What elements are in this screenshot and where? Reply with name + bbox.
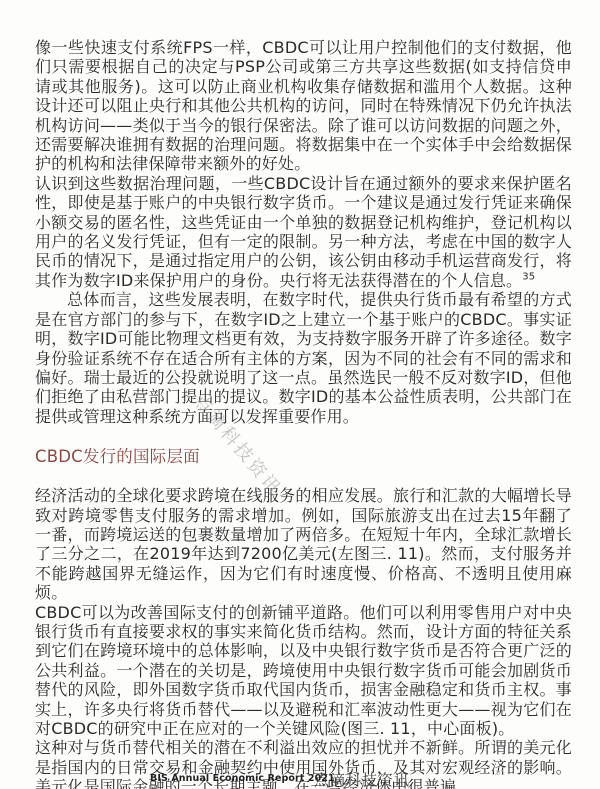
footer-report-title: BIS Annual Economic Report 2021 <box>150 773 335 784</box>
document-page: 像一些快速支付系统FPS一样，CBDC可以让用户控制他们的支付数据，他们只需要根… <box>0 0 600 789</box>
paragraph: 认识到这些数据治理问题，一些CBDC设计旨在通过额外的要求来保护匿名性，即使是基… <box>35 174 572 290</box>
paragraph: CBDC可以为改善国际支付的创新铺平道路。他们可以利用零售用户对中央银行货币有直… <box>35 603 572 739</box>
page-number: 85 <box>496 769 505 777</box>
footer: BIS Annual Economic Report 2021 点滴科技资讯 8… <box>0 766 600 789</box>
footer-site-name: 点滴科技资讯 <box>314 769 410 789</box>
paragraph: 经济活动的全球化要求跨境在线服务的相应发展。旅行和汇款的大幅增长导致对跨境零售支… <box>35 486 572 602</box>
paragraph: 总体而言，这些发展表明，在数字时代，提供央行货币最有希望的方式是在官方部门的参与… <box>35 290 572 426</box>
section-heading: CBDC发行的国际层面 <box>35 447 572 467</box>
body-text: 像一些快速支付系统FPS一样，CBDC可以让用户控制他们的支付数据，他们只需要根… <box>35 38 572 789</box>
paragraph: 像一些快速支付系统FPS一样，CBDC可以让用户控制他们的支付数据，他们只需要根… <box>35 38 572 174</box>
footnote-marker: 35 <box>522 272 535 283</box>
